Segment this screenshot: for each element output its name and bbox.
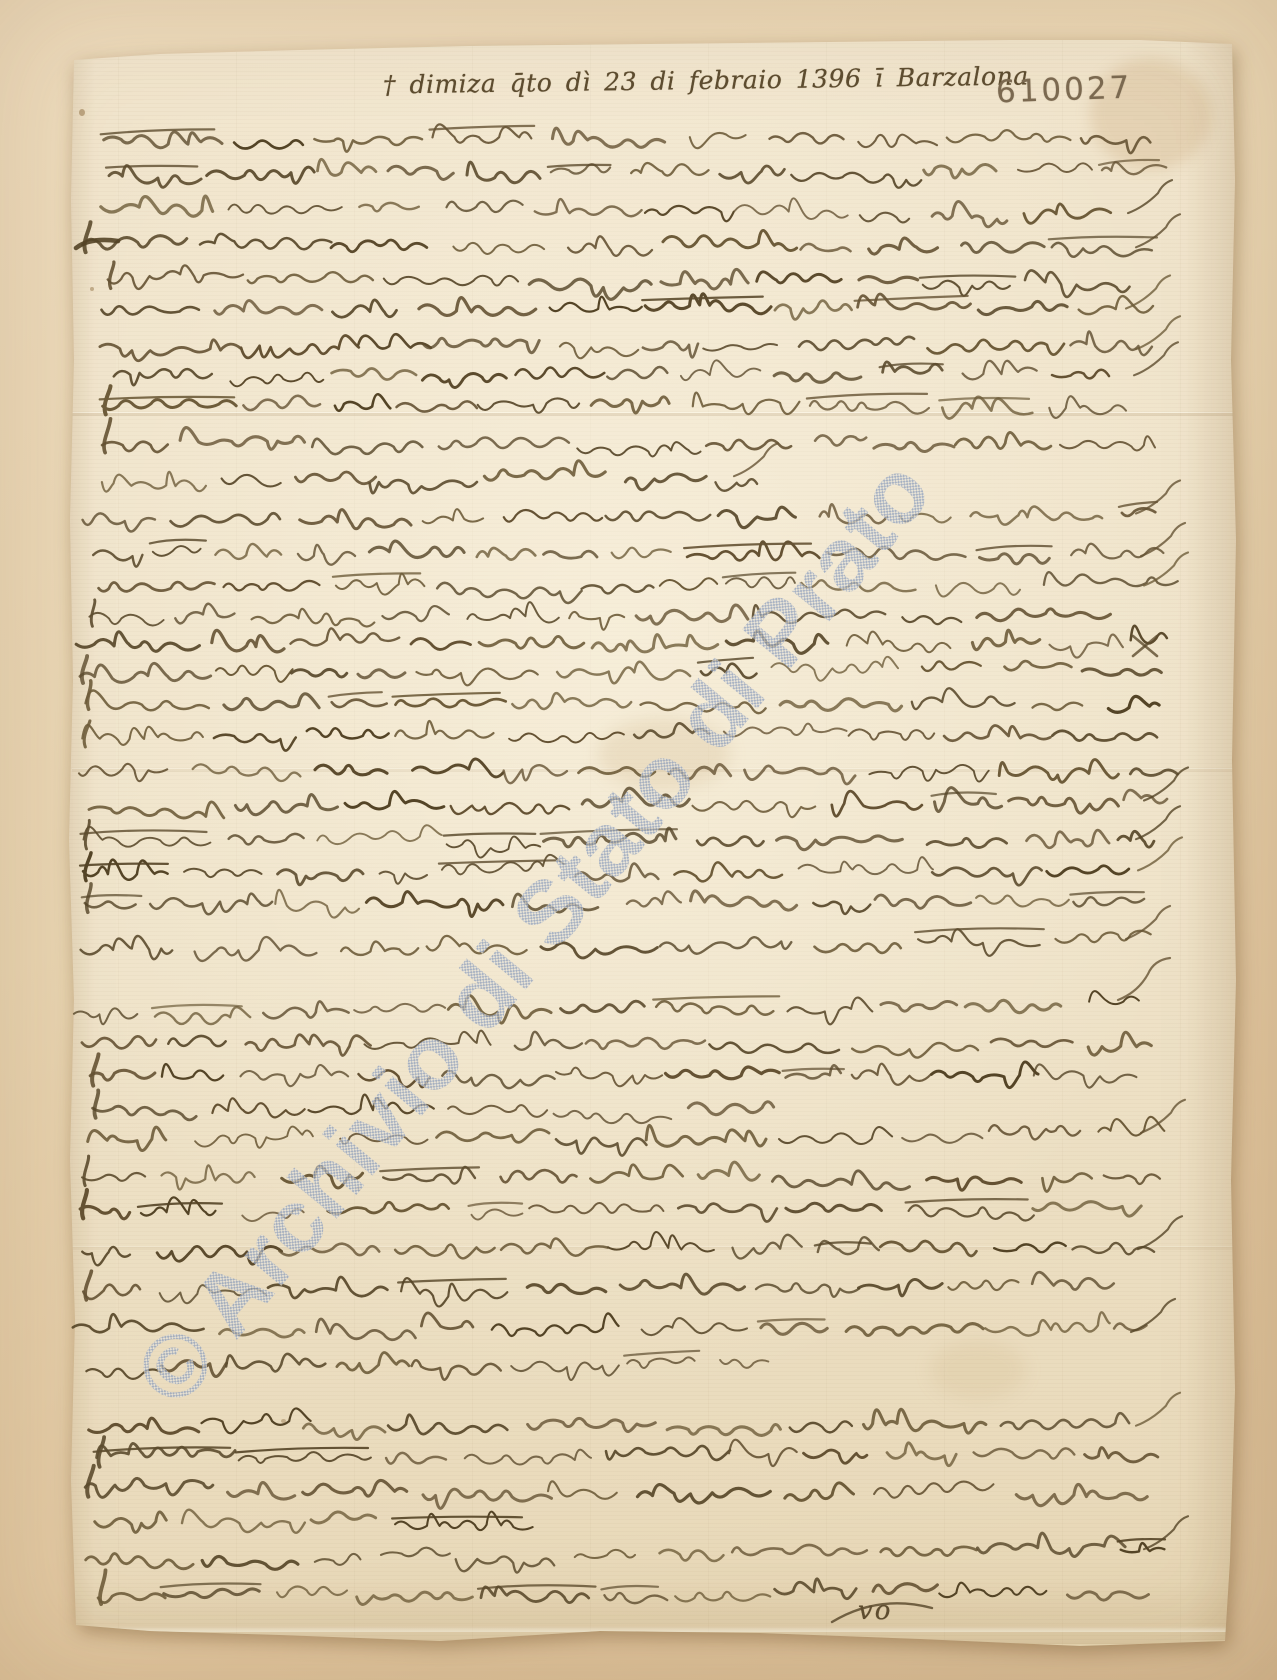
fold-crease xyxy=(72,768,1233,772)
ink-speck xyxy=(79,109,85,116)
page-edge-shading xyxy=(1185,40,1237,1640)
deckle-edge-highlight xyxy=(72,1626,1235,1632)
catchword-text: vo xyxy=(858,1596,892,1626)
page-edge-shading xyxy=(70,1580,1235,1644)
ink-speck xyxy=(356,1186,361,1191)
paper-stain xyxy=(598,718,730,790)
ink-speck xyxy=(90,287,94,291)
fold-crease xyxy=(72,412,1233,416)
paper-stain xyxy=(930,1340,1026,1400)
page-edge-shading xyxy=(69,56,95,1628)
fold-crease xyxy=(72,1246,1233,1250)
catchword-mark: vo xyxy=(828,1586,938,1630)
archive-number: 610027 xyxy=(995,70,1133,111)
letter-page-shadow xyxy=(0,0,1277,1680)
letter-page xyxy=(0,0,1277,1680)
scan-background: † dimiza q̄to dì 23 di febraio 1396 ī Ba… xyxy=(0,0,1277,1680)
ink-speck xyxy=(281,1419,286,1423)
